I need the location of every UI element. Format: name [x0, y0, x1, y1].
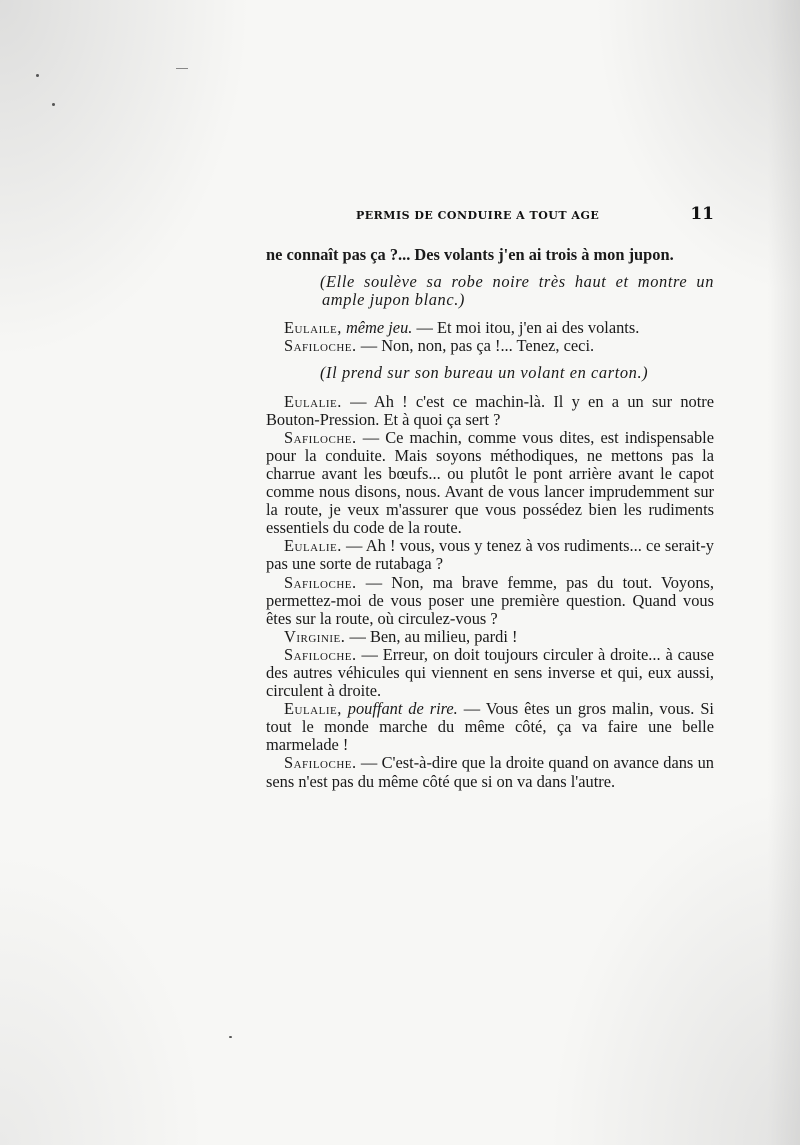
- dialogue-line: Safiloche. — C'est-à-dire que la droite …: [266, 754, 714, 790]
- dialogue-line: Safiloche. — Erreur, on doit toujours ci…: [266, 646, 714, 700]
- speaker-direction: même jeu.: [346, 318, 412, 337]
- speaker-name: Safiloche.: [284, 645, 357, 664]
- dialogue-text: — Ben, au milieu, pardi !: [345, 627, 517, 646]
- dialogue-line: Safiloche. — Non, non, pas ça !... Tenez…: [266, 337, 714, 355]
- dialogue-line: Safiloche. — Ce machin, comme vous dites…: [266, 429, 714, 538]
- dialogue-line: Safiloche. — Non, ma brave femme, pas du…: [266, 574, 714, 628]
- running-header: PERMIS DE CONDUIRE A TOUT AGE 11: [356, 204, 714, 224]
- speaker-name: Safiloche.: [284, 753, 357, 772]
- scan-speck: [52, 103, 55, 106]
- stage-direction: (Il prend sur son bureau un volant en ca…: [266, 364, 714, 382]
- speaker-name: Safiloche.: [284, 336, 357, 355]
- speaker-name: Safiloche.: [284, 573, 357, 592]
- paragraph-text: ne connaît pas ça ?... Des volants j'en …: [266, 245, 674, 264]
- scan-speck: [176, 68, 188, 69]
- stage-direction-text: (Il prend sur son bureau un volant en ca…: [320, 363, 648, 382]
- speaker-name: Virginie.: [284, 627, 345, 646]
- speaker-name: Safiloche.: [284, 428, 357, 447]
- speaker-name: Eulaile,: [284, 318, 342, 337]
- page-number: 11: [690, 204, 714, 224]
- dialogue-line: Eulaile, même jeu. — Et moi itou, j'en a…: [266, 319, 714, 337]
- scan-speck: [36, 74, 39, 77]
- dialogue-text: — Et moi itou, j'en ai des volants.: [412, 318, 639, 337]
- running-title: PERMIS DE CONDUIRE A TOUT AGE: [356, 209, 599, 222]
- dialogue-line: Virginie. — Ben, au milieu, pardi !: [266, 628, 714, 646]
- play-text: ne connaît pas ça ?... Des volants j'en …: [266, 246, 714, 791]
- dialogue-line: Eulalie. — Ah ! vous, vous y tenez à vos…: [266, 537, 714, 573]
- scan-speck: [229, 1036, 232, 1038]
- continuation-paragraph: ne connaît pas ça ?... Des volants j'en …: [266, 246, 714, 264]
- speaker-name: Eulalie.: [284, 536, 342, 555]
- dialogue-text: — Non, non, pas ça !... Tenez, ceci.: [357, 336, 595, 355]
- speaker-name: Eulalie.: [284, 392, 342, 411]
- dialogue-line: Eulalie, pouffant de rire. — Vous êtes u…: [266, 700, 714, 754]
- speaker-direction: pouffant de rire.: [348, 699, 458, 718]
- stage-direction-text: (Elle soulève sa robe noire très haut et…: [320, 272, 714, 309]
- dialogue-line: Eulalie. — Ah ! c'est ce machin-là. Il y…: [266, 393, 714, 429]
- stage-direction: (Elle soulève sa robe noire très haut et…: [266, 273, 714, 309]
- speaker-name: Eulalie,: [284, 699, 342, 718]
